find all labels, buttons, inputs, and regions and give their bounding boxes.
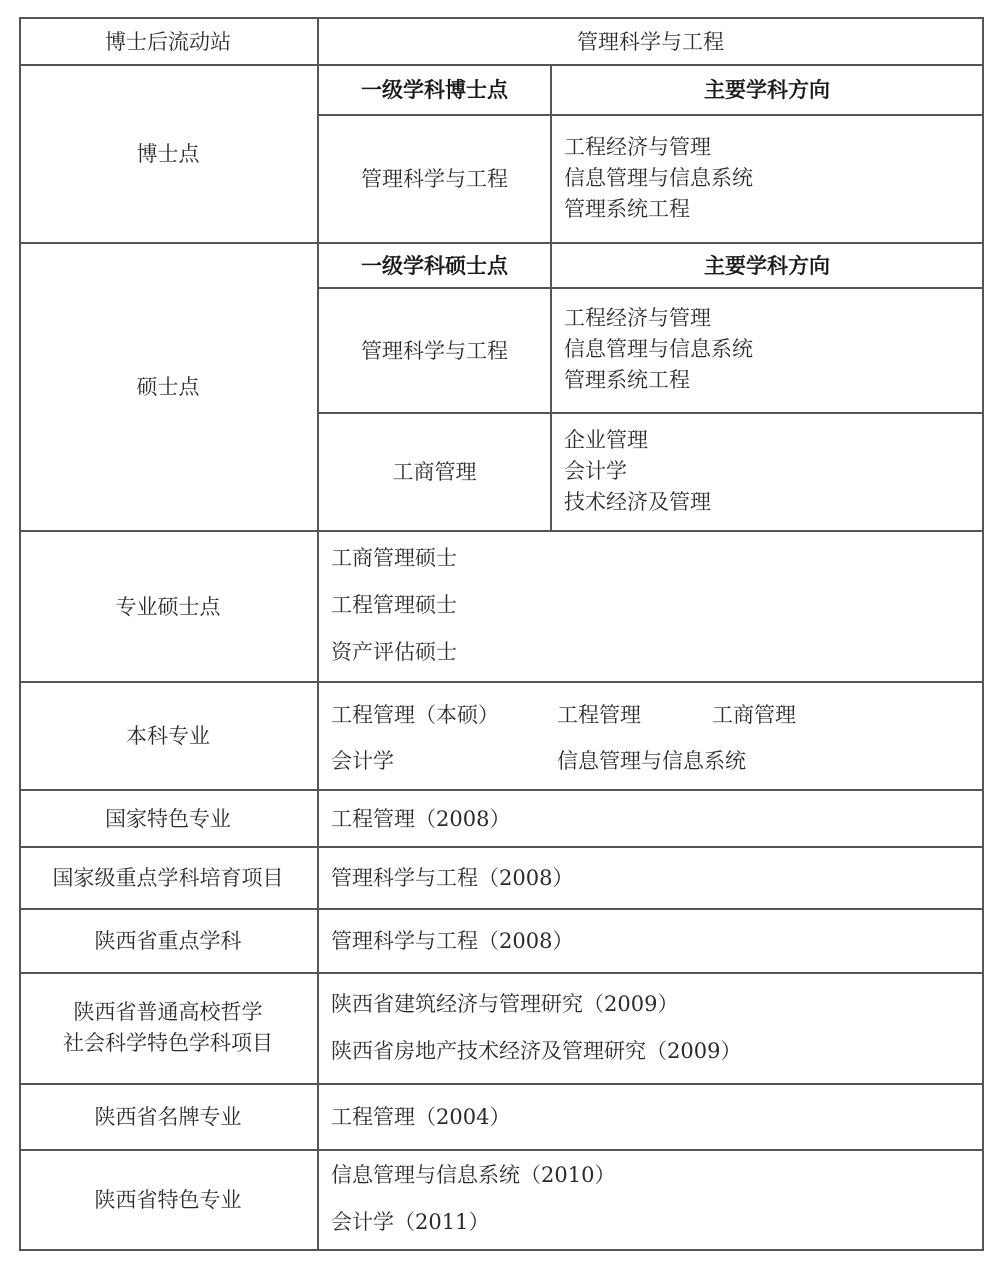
direction-item: 会计学 — [564, 456, 627, 487]
divider — [19, 1249, 984, 1251]
divider — [982, 17, 984, 1251]
direction-item: 信息管理与信息系统 — [564, 163, 753, 194]
postdoc-label: 博士后流动站 — [19, 17, 317, 64]
national-key-cultivation-value: 管理科学与工程（2008） — [319, 846, 982, 908]
masters-discipline: 工商管理 — [319, 412, 550, 530]
shaanxi-featured-label: 陕西省特色专业 — [19, 1149, 317, 1249]
shaanxi-brand-value: 工程管理（2004） — [319, 1083, 982, 1149]
list-item: 信息管理与信息系统 — [557, 745, 746, 775]
direction-item: 管理系统工程 — [564, 365, 690, 396]
postdoc-value: 管理科学与工程 — [319, 17, 982, 64]
direction-item: 企业管理 — [564, 425, 648, 456]
professional-masters-label: 专业硕士点 — [19, 530, 317, 681]
professional-masters-list: 工商管理硕士 工程管理硕士 资产评估硕士 — [319, 530, 982, 681]
phd-discipline: 管理科学与工程 — [319, 114, 550, 242]
label-line: 社会科学特色学科项目 — [63, 1028, 273, 1059]
direction-item: 工程经济与管理 — [564, 303, 711, 334]
national-featured-label: 国家特色专业 — [19, 789, 317, 846]
undergrad-list: 工程管理（本硕） 工程管理 工商管理 会计学 信息管理与信息系统 — [319, 681, 982, 789]
shaanxi-featured-list: 信息管理与信息系统（2010） 会计学（2011） — [319, 1149, 982, 1249]
list-item: 信息管理与信息系统（2010） — [331, 1152, 615, 1199]
list-item: 会计学（2011） — [331, 1199, 489, 1246]
list-item: 会计学 — [331, 745, 394, 775]
national-key-cultivation-label: 国家级重点学科培育项目 — [19, 846, 317, 908]
shaanxi-brand-label: 陕西省名牌专业 — [19, 1083, 317, 1149]
list-item: 资产评估硕士 — [331, 629, 457, 676]
shaanxi-key-label: 陕西省重点学科 — [19, 908, 317, 972]
list-item: 陕西省建筑经济与管理研究（2009） — [331, 981, 678, 1028]
list-item: 工程管理硕士 — [331, 582, 457, 629]
shaanxi-philosophy-label: 陕西省普通高校哲学 社会科学特色学科项目 — [19, 972, 317, 1083]
shaanxi-philosophy-list: 陕西省建筑经济与管理研究（2009） 陕西省房地产技术经济及管理研究（2009） — [319, 972, 982, 1083]
list-item: 工商管理 — [712, 699, 796, 729]
list-item: 工程管理（本硕） — [331, 699, 499, 729]
shaanxi-key-value: 管理科学与工程（2008） — [319, 908, 982, 972]
direction-item: 技术经济及管理 — [564, 487, 711, 518]
disciplines-table: 博士后流动站 管理科学与工程 博士点 一级学科博士点 主要学科方向 管理科学与工… — [19, 17, 984, 1251]
masters-label: 硕士点 — [19, 242, 317, 530]
direction-item: 管理系统工程 — [564, 194, 690, 225]
masters-col-header-directions: 主要学科方向 — [552, 242, 982, 287]
masters-discipline: 管理科学与工程 — [319, 287, 550, 412]
phd-col-header-directions: 主要学科方向 — [552, 64, 982, 114]
direction-item: 信息管理与信息系统 — [564, 334, 753, 365]
list-item: 工程管理 — [557, 699, 641, 729]
label-line: 陕西省普通高校哲学 — [74, 997, 263, 1028]
phd-label: 博士点 — [19, 64, 317, 242]
undergrad-label: 本科专业 — [19, 681, 317, 789]
masters-directions: 企业管理 会计学 技术经济及管理 — [552, 412, 982, 530]
national-featured-value: 工程管理（2008） — [319, 789, 982, 846]
masters-directions: 工程经济与管理 信息管理与信息系统 管理系统工程 — [552, 287, 982, 412]
phd-col-header-discipline: 一级学科博士点 — [319, 64, 550, 114]
list-item: 工商管理硕士 — [331, 535, 457, 582]
phd-directions: 工程经济与管理 信息管理与信息系统 管理系统工程 — [552, 114, 982, 242]
direction-item: 工程经济与管理 — [564, 132, 711, 163]
masters-col-header-discipline: 一级学科硕士点 — [319, 242, 550, 287]
list-item: 陕西省房地产技术经济及管理研究（2009） — [331, 1028, 741, 1075]
